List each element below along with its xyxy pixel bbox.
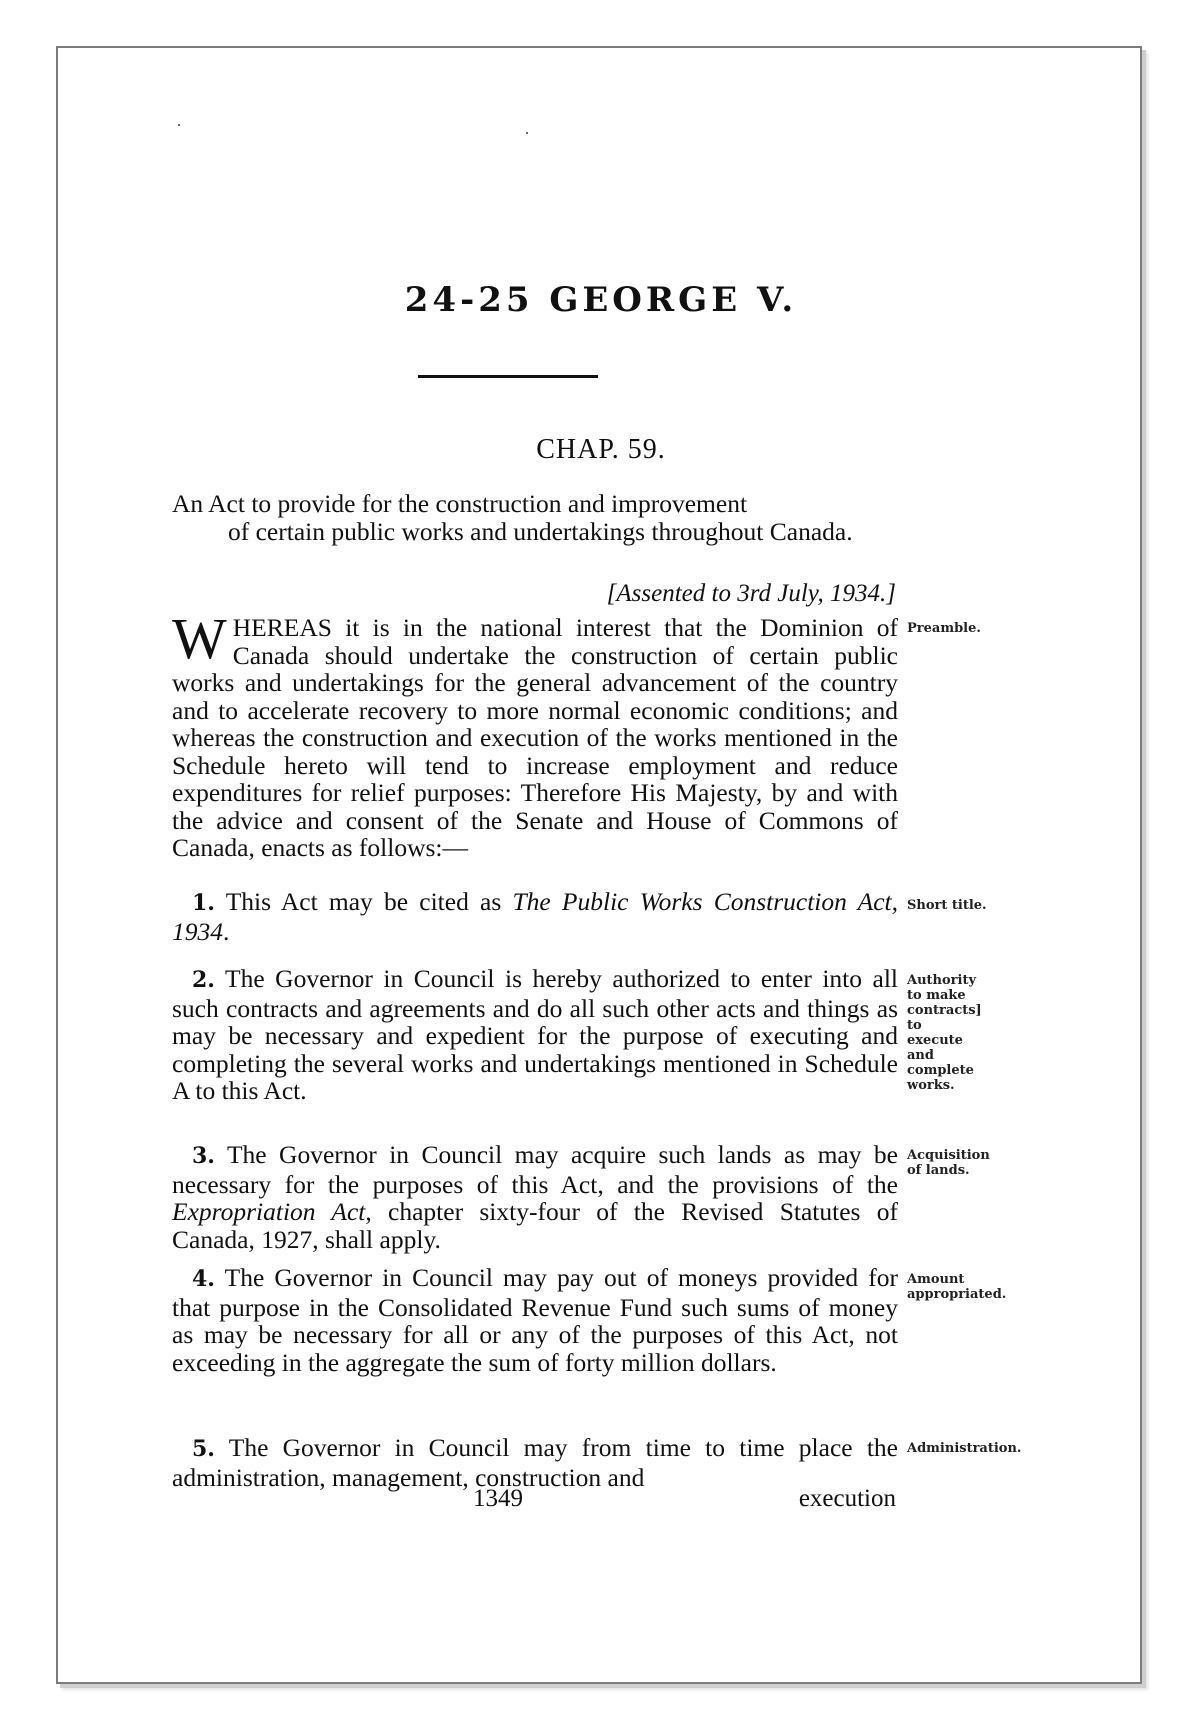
section-3: 3. The Governor in Council may acquire s…	[172, 1141, 898, 1253]
speck	[526, 132, 528, 134]
catchword: execution	[799, 1485, 896, 1513]
act-title: An Act to provide for the construction a…	[172, 490, 898, 545]
page-number: 1349	[473, 1485, 523, 1513]
preamble: WHEREAS it is in the national interest t…	[172, 614, 898, 862]
section-2: 2. The Governor in Council is hereby aut…	[172, 965, 898, 1105]
speck	[178, 124, 180, 126]
margin-note-administration: Administration.	[907, 1441, 991, 1456]
margin-note-short-title: Short title.	[907, 898, 987, 913]
assent-date: [Assented to 3rd July, 1934.]	[172, 580, 896, 608]
section-number: 5.	[192, 1436, 215, 1462]
chapter-heading: CHAP. 59.	[58, 434, 1144, 466]
section-4: 4. The Governor in Council may pay out o…	[172, 1264, 898, 1376]
dropcap: W	[172, 616, 227, 662]
section-number: 3.	[192, 1143, 215, 1169]
margin-note-authority: Authority to make contracts] to execute …	[907, 973, 977, 1093]
header-rule	[418, 375, 598, 378]
section-1: 1. This Act may be cited as The Public W…	[172, 888, 898, 945]
act-title-rest: of certain public works and undertakings…	[172, 518, 898, 546]
section-number: 4.	[192, 1266, 215, 1292]
margin-note-amount: Amount appropriated.	[907, 1272, 991, 1302]
act-title-line1: An Act to provide for the construction a…	[172, 490, 898, 518]
margin-note-acquisition: Acquisition of lands.	[907, 1148, 997, 1178]
document-page: 24-25 GEORGE V. CHAP. 59. An Act to prov…	[56, 46, 1142, 1684]
section-5: 5. The Governor in Council may from time…	[172, 1434, 898, 1491]
section-number: 1.	[192, 890, 215, 916]
preamble-text: HEREAS it is in the national interest th…	[172, 613, 898, 862]
expropriation-act: Expropriation Act	[172, 1197, 365, 1226]
running-head: 24-25 GEORGE V.	[58, 280, 1144, 320]
section-number: 2.	[192, 967, 215, 993]
margin-note-preamble: Preamble.	[907, 621, 981, 636]
